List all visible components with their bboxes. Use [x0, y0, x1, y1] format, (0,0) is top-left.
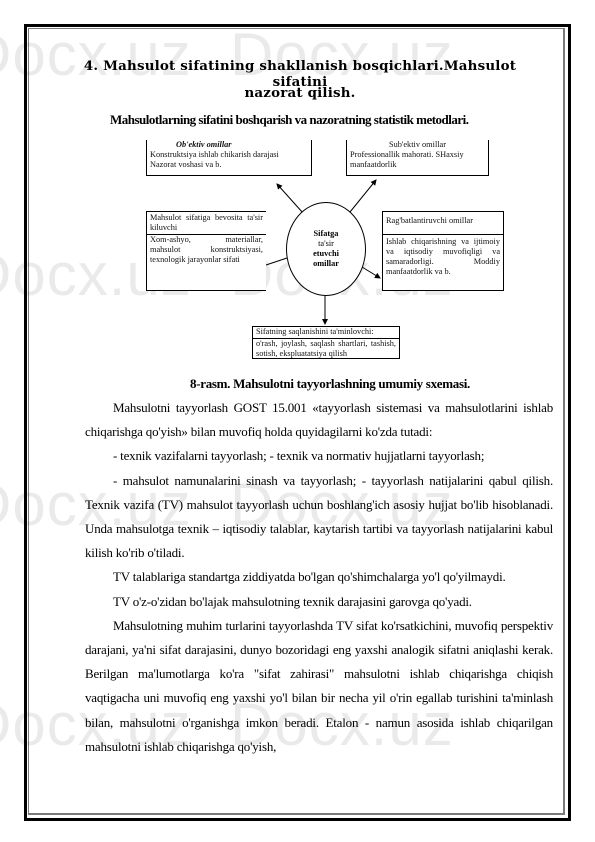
preservation-factors-title: Sifatning saqlanishini ta'minlovchi: [256, 327, 396, 337]
paragraph: - texnik vazifalarni tayyorlash; - texni… [85, 444, 553, 468]
section-heading-line2: nazorat qilish. [60, 85, 540, 101]
paragraph: Mahsulotning muhim turlarini tayyorlashd… [85, 614, 553, 759]
paragraph: TV talablariga standartga ziddiyatda bo'… [85, 565, 553, 589]
objective-factors-line: Konstruktsiya ishlab chikarish darajasi [150, 150, 308, 160]
preservation-factors-box: Sifatning saqlanishini ta'minlovchi: o'r… [252, 326, 400, 359]
body-text: Mahsulotni tayyorlash GOST 15.001 «tayyo… [85, 396, 553, 759]
paragraph: Mahsulotni tayyorlash GOST 15.001 «tayyo… [85, 396, 553, 444]
paragraph: - mahsulot namunalarini sinash va tayyor… [85, 469, 553, 566]
circle-text: etuvchi [313, 249, 339, 259]
circle-text: Sifatga [313, 229, 339, 239]
circle-text: omillar [313, 259, 339, 269]
objective-factors-line: Nazorat voshasi va b. [150, 160, 308, 170]
direct-factors-title: Mahsulot sifatiga bevosita ta'sir kiluvc… [150, 212, 263, 233]
circle-text: ta'sir [313, 239, 339, 249]
objective-factors-title: Ob'ektiv omillar [150, 140, 308, 150]
motivating-factors-title: Rag'batlantiruvchi omillar [386, 212, 500, 232]
motivating-factors-box: Rag'batlantiruvchi omillar Ishlab chiqar… [382, 211, 504, 291]
subjective-factors-title: Sub'ektiv omillar [350, 140, 485, 150]
objective-factors-box: Ob'ektiv omillar Konstruktsiya ishlab ch… [146, 140, 312, 176]
subjective-factors-box: Sub'ektiv omillar Professionallik mahora… [346, 140, 489, 176]
central-factors-circle: Sifatga ta'sir etuvchi omillar [286, 202, 366, 296]
subheading: Mahsulotlarning sifatini boshqarish va n… [110, 112, 550, 128]
figure-caption: 8-rasm. Mahsulotni tayyorlashning umumiy… [100, 376, 560, 392]
motivating-factors-body: Ishlab chiqarishning va ijtimoiy va iqti… [386, 235, 500, 277]
quality-factors-diagram: Ob'ektiv omillar Konstruktsiya ishlab ch… [140, 140, 520, 365]
direct-factors-box: Mahsulot sifatiga bevosita ta'sir kiluvc… [146, 211, 266, 291]
subjective-factors-line: manfaatdorlik [350, 160, 485, 170]
paragraph: TV o'z-o'zidan bo'lajak mahsulotning tex… [85, 590, 553, 614]
preservation-factors-body: o'rash, joylash, saqlash shartlari, tash… [256, 339, 396, 359]
direct-factors-body: Xom-ashyo, materiallar, mahsulot konstru… [150, 235, 263, 265]
subjective-factors-line: Professionallik mahorati. SHaxsiy [350, 150, 485, 160]
